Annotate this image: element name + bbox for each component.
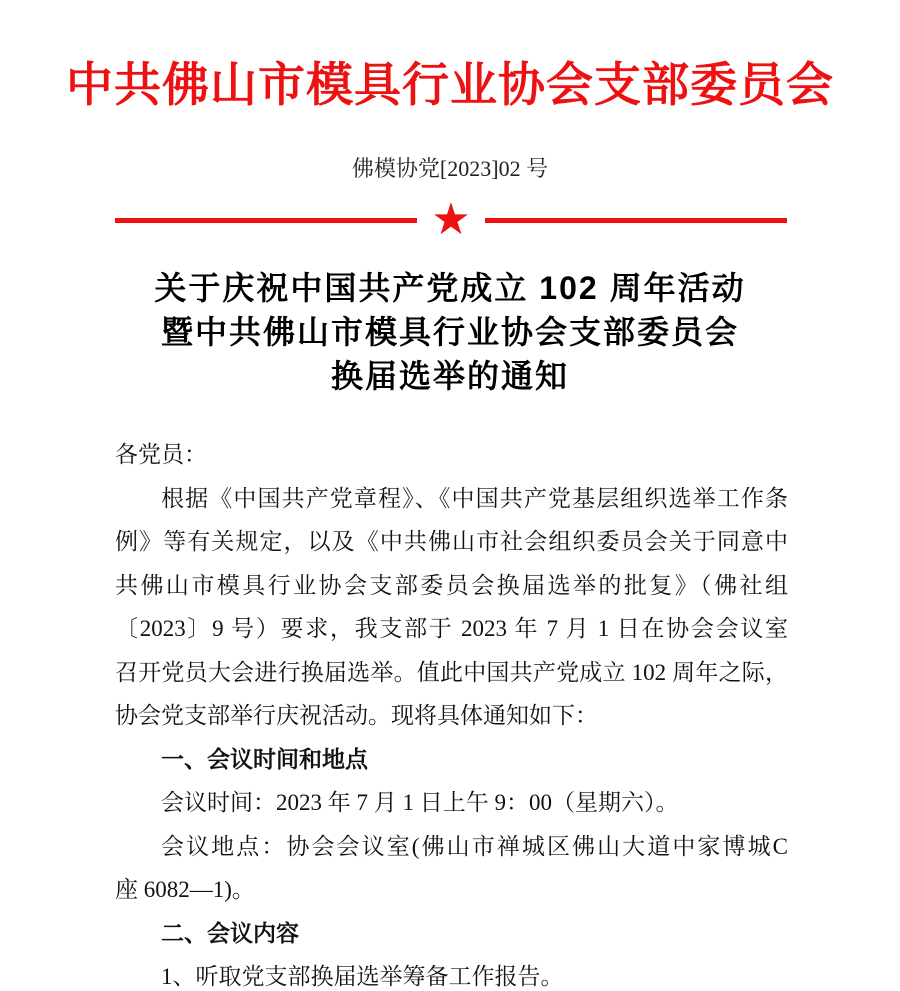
star-icon: ★ (431, 198, 470, 242)
body-line: 例》等有关规定，以及《中共佛山市社会组织委员会关于同意中 (115, 520, 788, 564)
body-line: 〔2023〕9 号）要求，我支部于 2023 年 7 月 1 日在协会会议室 (115, 607, 788, 651)
document-title: 关于庆祝中国共产党成立 102 周年活动 暨中共佛山市模具行业协会支部委员会 换… (0, 266, 900, 398)
divider-line-right (485, 218, 787, 223)
salutation: 各党员： (115, 433, 788, 477)
doc-number: 佛模协党[2023]02 号 (0, 156, 900, 182)
body-line: 召开党员大会进行换届选举。值此中国共产党成立 102 周年之际， (115, 651, 788, 695)
body-line: 一、会议时间和地点 (115, 738, 788, 782)
body-line: 1、听取党支部换届选举筹备工作报告。 (115, 955, 788, 991)
body-line: 会议时间：2023 年 7 月 1 日上午 9：00（星期六）。 (115, 781, 788, 825)
document-title-line: 关于庆祝中国共产党成立 102 周年活动 (0, 266, 900, 310)
document-page: 中共佛山市模具行业协会支部委员会 佛模协党[2023]02 号 ★ 关于庆祝中国… (0, 0, 900, 991)
document-title-line: 暨中共佛山市模具行业协会支部委员会 (0, 310, 900, 354)
header-divider: ★ (115, 198, 787, 242)
body-line: 协会党支部举行庆祝活动。现将具体通知如下： (115, 694, 788, 738)
document-title-line: 换届选举的通知 (0, 354, 900, 398)
body-line: 根据《中国共产党章程》、《中国共产党基层组织选举工作条 (115, 477, 788, 521)
document-body: 各党员： 根据《中国共产党章程》、《中国共产党基层组织选举工作条例》等有关规定，… (115, 433, 788, 991)
org-name-header: 中共佛山市模具行业协会支部委员会 (0, 0, 900, 112)
body-line: 共佛山市模具行业协会支部委员会换届选举的批复》（佛社组 (115, 564, 788, 608)
body-line: 会议地点：协会会议室(佛山市禅城区佛山大道中家博城C (115, 825, 788, 869)
divider-line-left (115, 218, 417, 223)
body-line: 二、会议内容 (115, 912, 788, 956)
body-line: 座 6082—1)。 (115, 868, 788, 912)
